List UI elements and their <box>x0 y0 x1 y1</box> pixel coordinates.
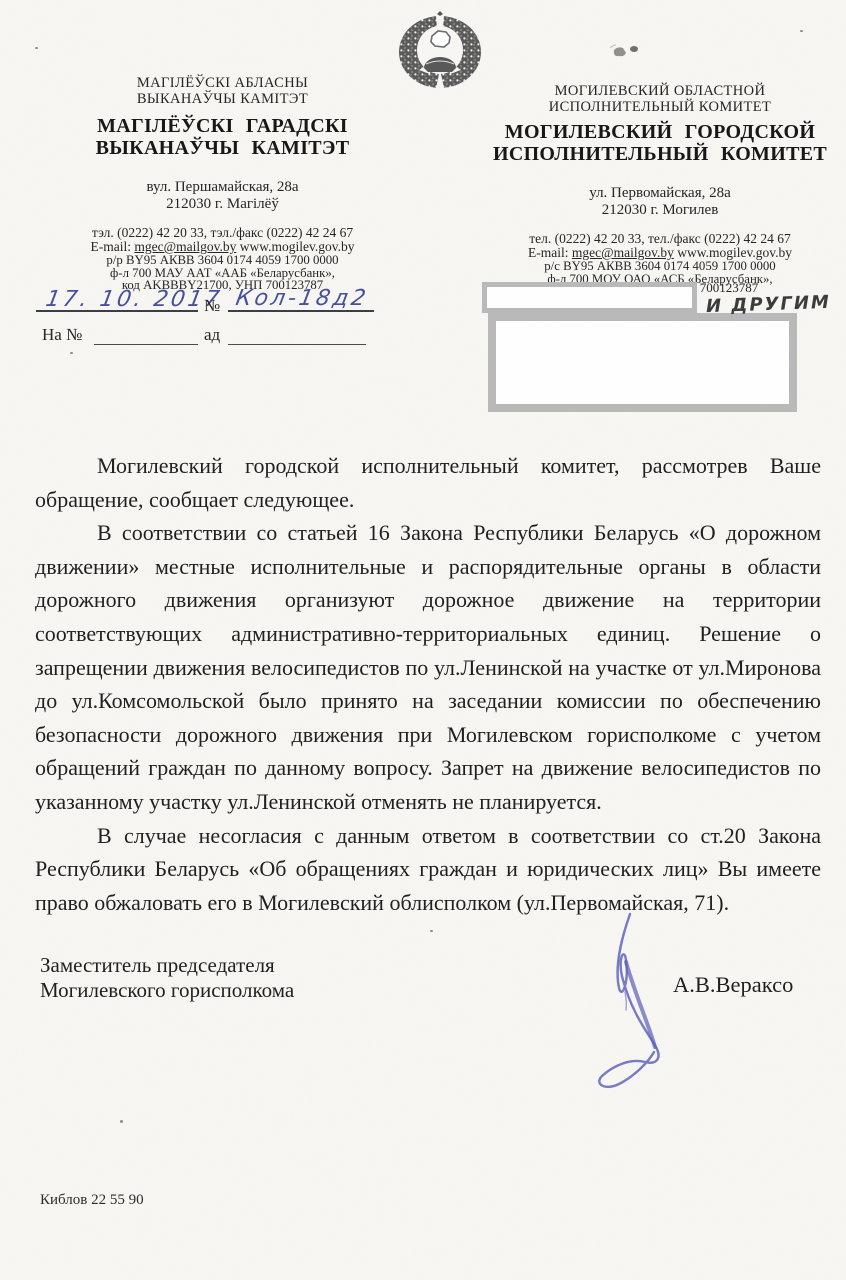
body-paragraph-1: Могилевский городской исполнительный ком… <box>35 449 821 516</box>
org-left-parent-line2: ВЫКАНАЎЧЫ КАМІТЭТ <box>50 91 395 107</box>
scan-artifact-blot <box>608 40 652 64</box>
letter-body: Могилевский городской исполнительный ком… <box>35 449 821 919</box>
org-left-parent-line1: МАГІЛЁЎСКІ АБЛАСНЫ <box>50 75 395 91</box>
signer-position-line1: Заместитель председателя <box>40 953 294 978</box>
reply-from-label: ад <box>204 325 220 345</box>
body-paragraph-3: В случае несогласия с данным ответом в с… <box>35 819 821 920</box>
org-right-email-line: E-mail: mgec@mailgov.by www.mogilev.gov.… <box>478 246 842 260</box>
org-left-email: mgec@mailgov.by <box>134 239 236 254</box>
redaction-box-small <box>482 282 697 313</box>
org-right-parent-line2: ИСПОЛНИТЕЛЬНЫЙ КОМИТЕТ <box>478 99 842 115</box>
org-right-phone: тел. (0222) 42 20 33, тел./факс (0222) 4… <box>478 232 842 246</box>
executor-note: Киблов 22 55 90 <box>40 1192 144 1209</box>
handwritten-signature <box>585 908 705 1098</box>
paper-speck <box>430 930 433 932</box>
org-right-email: mgec@mailgov.by <box>572 245 674 260</box>
body-paragraph-2: В соответствии со статьей 16 Закона Респ… <box>35 516 821 818</box>
org-right-website: www.mogilev.gov.by <box>677 245 792 260</box>
org-right-parent-line1: МОГИЛЕВСКИЙ ОБЛАСТНОЙ <box>478 83 842 99</box>
org-right-address-street: ул. Первомайская, 28а <box>478 185 842 202</box>
paper-speck <box>70 352 73 354</box>
letterhead-left-belarusian: МАГІЛЁЎСКІ АБЛАСНЫ ВЫКАНАЎЧЫ КАМІТЭТ МАГ… <box>50 75 395 292</box>
paper-speck <box>120 1120 123 1123</box>
signer-position: Заместитель председателя Могилевского го… <box>40 953 294 1003</box>
email-label: E-mail: <box>91 239 132 254</box>
org-left-name-line1: МАГІЛЁЎСКІ ГАРАДСКІ <box>50 115 395 137</box>
org-left-name-line2: ВЫКАНАЎЧЫ КАМІТЭТ <box>50 137 395 159</box>
handwritten-date: 17. 10. 2017 <box>44 287 224 312</box>
org-right-account: р/с BY95 АКВВ 3604 0174 4059 1700 0000 <box>478 260 842 273</box>
org-left-website: www.mogilev.gov.by <box>240 239 355 254</box>
scanned-letter-page: МАГІЛЁЎСКІ АБЛАСНЫ ВЫКАНАЎЧЫ КАМІТЭТ МАГ… <box>0 0 846 1280</box>
org-left-address-street: вул. Першамайская, 28а <box>50 179 395 196</box>
redaction-box-large <box>488 313 797 412</box>
org-right-name-line1: МОГИЛЕВСКИЙ ГОРОДСКОЙ <box>478 121 842 143</box>
number-label: № <box>204 296 220 316</box>
signer-name: А.В.Вераксо <box>673 972 793 998</box>
org-left-address-city: 212030 г. Магілёў <box>50 196 395 213</box>
email-label: E-mail: <box>528 245 569 260</box>
handwritten-annotation: И ДРУГИМ <box>706 292 832 317</box>
org-right-unp-fragment: 1 700123787 <box>690 280 758 296</box>
org-left-account: р/р BY95 АКВВ 3604 0174 4059 1700 0000 <box>50 254 395 267</box>
letterhead-right-russian: МОГИЛЕВСКИЙ ОБЛАСТНОЙ ИСПОЛНИТЕЛЬНЫЙ КОМ… <box>478 83 842 285</box>
signer-position-line2: Могилевского горисполкома <box>40 978 294 1003</box>
paper-speck <box>35 47 38 49</box>
org-right-name-line2: ИСПОЛНИТЕЛЬНЫЙ КОМИТЕТ <box>478 143 842 165</box>
belarus-emblem-icon <box>396 10 484 90</box>
handwritten-number: Кол-18д2 <box>234 286 371 311</box>
org-right-address-city: 212030 г. Могилев <box>478 202 842 219</box>
reply-number-label: На № <box>42 325 82 345</box>
org-left-email-line: E-mail: mgec@mailgov.by www.mogilev.gov.… <box>50 240 395 254</box>
paper-speck <box>800 30 803 32</box>
org-left-phone: тэл. (0222) 42 20 33, тэл./факс (0222) 4… <box>50 226 395 240</box>
